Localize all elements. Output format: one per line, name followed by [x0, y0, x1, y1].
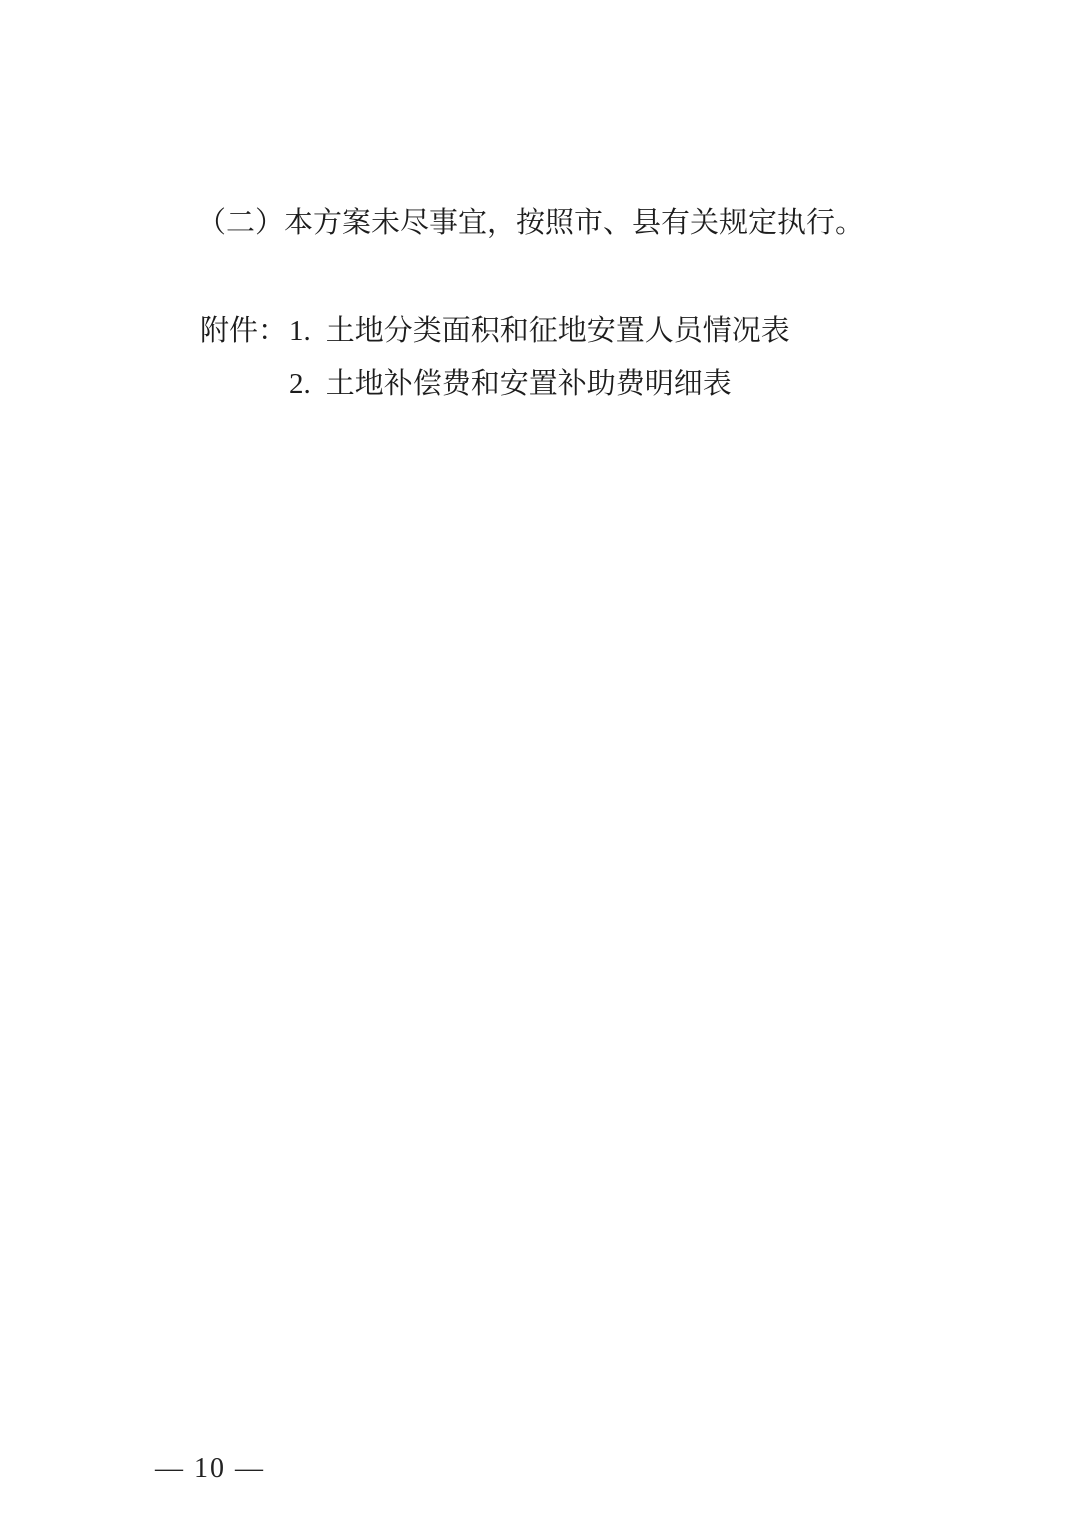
attachment-item-2-title: 土地补偿费和安置补助费明细表 — [326, 368, 732, 400]
attachment-item-2-number: 2. — [289, 358, 311, 411]
attachment-item-1: 1.土地分类面积和征地安置人员情况表 — [289, 305, 790, 358]
attachments-row: 附件： 1.土地分类面积和征地安置人员情况表 2.土地补偿费和安置补助费明细表 — [200, 305, 790, 411]
attachments-list: 1.土地分类面积和征地安置人员情况表 2.土地补偿费和安置补助费明细表 — [289, 305, 790, 411]
attachment-item-1-number: 1. — [289, 305, 311, 358]
attachments-block: 附件： 1.土地分类面积和征地安置人员情况表 2.土地补偿费和安置补助费明细表 — [200, 305, 790, 411]
page-number: — 10 — — [155, 1452, 265, 1486]
attachments-label: 附件： — [200, 305, 287, 358]
attachment-item-2: 2.土地补偿费和安置补助费明细表 — [289, 358, 790, 411]
attachment-item-1-title: 土地分类面积和征地安置人员情况表 — [326, 315, 790, 347]
body-paragraph: （二）本方案未尽事宜，按照市、县有关规定执行。 — [197, 204, 864, 242]
document-page: （二）本方案未尽事宜，按照市、县有关规定执行。 附件： 1.土地分类面积和征地安… — [0, 0, 1074, 1520]
